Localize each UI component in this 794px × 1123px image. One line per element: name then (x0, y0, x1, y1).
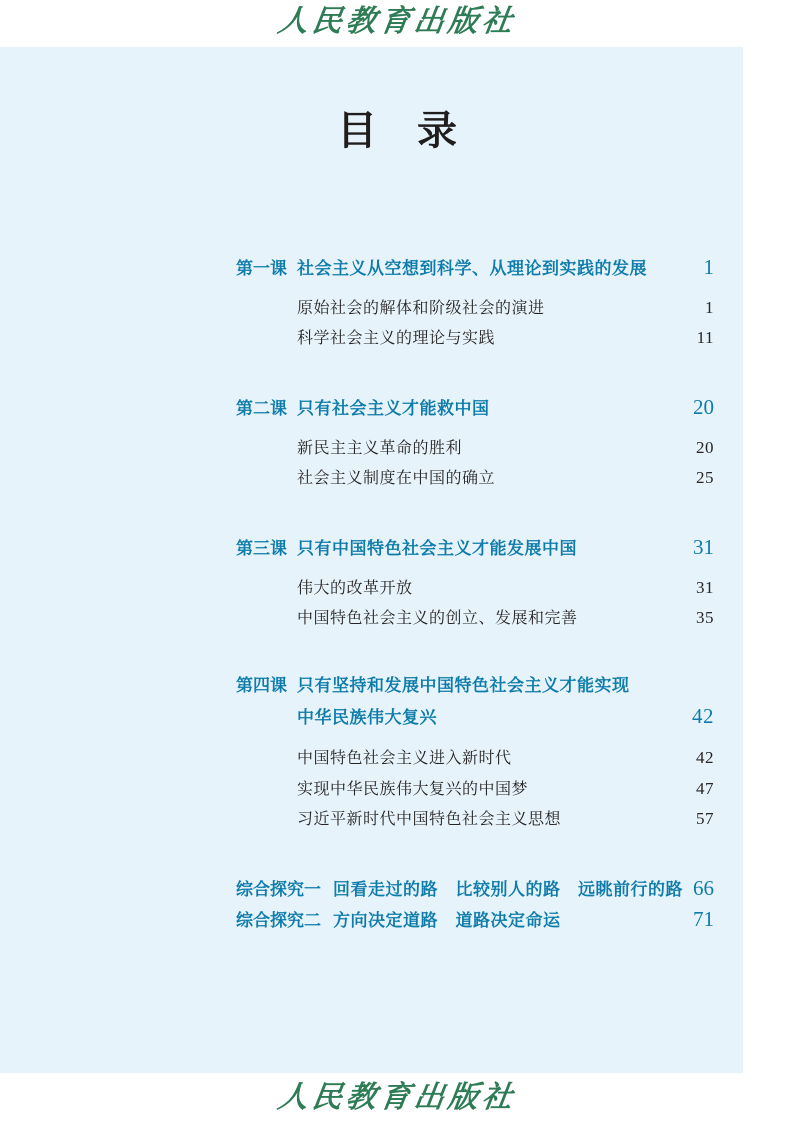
section-page-number: 25 (696, 465, 714, 491)
toc-exploration-row: 综合探究二 方向决定道路 道路决定命运 71 (236, 906, 714, 932)
section-page-number: 20 (696, 435, 714, 461)
exploration-label: 综合探究二 (236, 908, 321, 934)
lesson-label: 第三课 (236, 536, 297, 562)
lesson-title: 只有中国特色社会主义才能发展中国 (297, 536, 693, 562)
section-page-number: 35 (696, 605, 714, 631)
page-title: 目 录 (0, 108, 794, 154)
exploration-page-number: 66 (693, 875, 714, 901)
lesson-page-number: 42 (692, 701, 714, 732)
toc-exploration-row: 综合探究一 回看走过的路 比较别人的路 远眺前行的路 66 (236, 875, 714, 901)
exploration-page-number: 71 (693, 906, 714, 932)
lesson-page-number: 1 (704, 254, 715, 280)
toc-section-row: 原始社会的解体和阶级社会的演进 1 (297, 295, 714, 321)
section-title: 中国特色社会主义进入新时代 (297, 746, 696, 772)
toc-section-row: 实现中华民族伟大复兴的中国梦 47 (297, 776, 714, 802)
lesson-label: 第四课 (236, 670, 297, 701)
section-page-number: 11 (697, 325, 714, 351)
exploration-title: 回看走过的路 比较别人的路 远眺前行的路 (333, 877, 693, 903)
lesson-title-line2: 中华民族伟大复兴 (297, 702, 437, 733)
toc-section-row: 科学社会主义的理论与实践 11 (297, 325, 714, 351)
section-page-number: 42 (696, 745, 714, 771)
toc-section-row: 习近平新时代中国特色社会主义思想 57 (297, 806, 714, 832)
section-title: 社会主义制度在中国的确立 (297, 466, 696, 492)
section-title: 科学社会主义的理论与实践 (297, 326, 697, 352)
lesson-title-line2-row: 中华民族伟大复兴 42 (297, 701, 714, 733)
lesson-label: 第一课 (236, 256, 297, 282)
toc-page: 人民教育出版社 目 录 第一课 社会主义从空想到科学、从理论到实践的发展 1 原… (0, 0, 794, 1123)
section-title: 习近平新时代中国特色社会主义思想 (297, 807, 696, 833)
toc-section-row: 中国特色社会主义进入新时代 42 (297, 745, 714, 771)
toc-lesson-row: 第二课 只有社会主义才能救中国 20 (236, 394, 714, 420)
lesson-page-number: 31 (693, 534, 714, 560)
toc-section-row: 社会主义制度在中国的确立 25 (297, 465, 714, 491)
lesson-title: 社会主义从空想到科学、从理论到实践的发展 (297, 256, 704, 282)
toc-section-row: 中国特色社会主义的创立、发展和完善 35 (297, 605, 714, 631)
section-page-number: 31 (696, 575, 714, 601)
lesson-page-number: 20 (693, 394, 714, 420)
toc-lesson-row: 第三课 只有中国特色社会主义才能发展中国 31 (236, 534, 714, 560)
section-page-number: 57 (696, 806, 714, 832)
lesson-label: 第二课 (236, 396, 297, 422)
publisher-logo-top: 人民教育出版社 (0, 4, 794, 40)
section-title: 伟大的改革开放 (297, 576, 696, 602)
section-page-number: 1 (705, 295, 714, 321)
lesson-title-line1: 只有坚持和发展中国特色社会主义才能实现 (297, 670, 714, 701)
section-title: 实现中华民族伟大复兴的中国梦 (297, 777, 696, 803)
lesson-title: 只有社会主义才能救中国 (297, 396, 693, 422)
toc-lesson-row: 第四课 只有坚持和发展中国特色社会主义才能实现 中华民族伟大复兴 42 (236, 670, 714, 732)
publisher-logo-bottom: 人民教育出版社 (0, 1080, 794, 1116)
section-title: 原始社会的解体和阶级社会的演进 (297, 296, 705, 322)
toc-section-row: 新民主主义革命的胜利 20 (297, 435, 714, 461)
exploration-label: 综合探究一 (236, 877, 321, 903)
section-page-number: 47 (696, 776, 714, 802)
section-title: 中国特色社会主义的创立、发展和完善 (297, 606, 696, 632)
section-title: 新民主主义革命的胜利 (297, 436, 696, 462)
toc-section-row: 伟大的改革开放 31 (297, 575, 714, 601)
lesson-title-lines: 只有坚持和发展中国特色社会主义才能实现 中华民族伟大复兴 42 (297, 670, 714, 733)
toc-lesson-row: 第一课 社会主义从空想到科学、从理论到实践的发展 1 (236, 254, 714, 280)
exploration-title: 方向决定道路 道路决定命运 (333, 908, 693, 934)
